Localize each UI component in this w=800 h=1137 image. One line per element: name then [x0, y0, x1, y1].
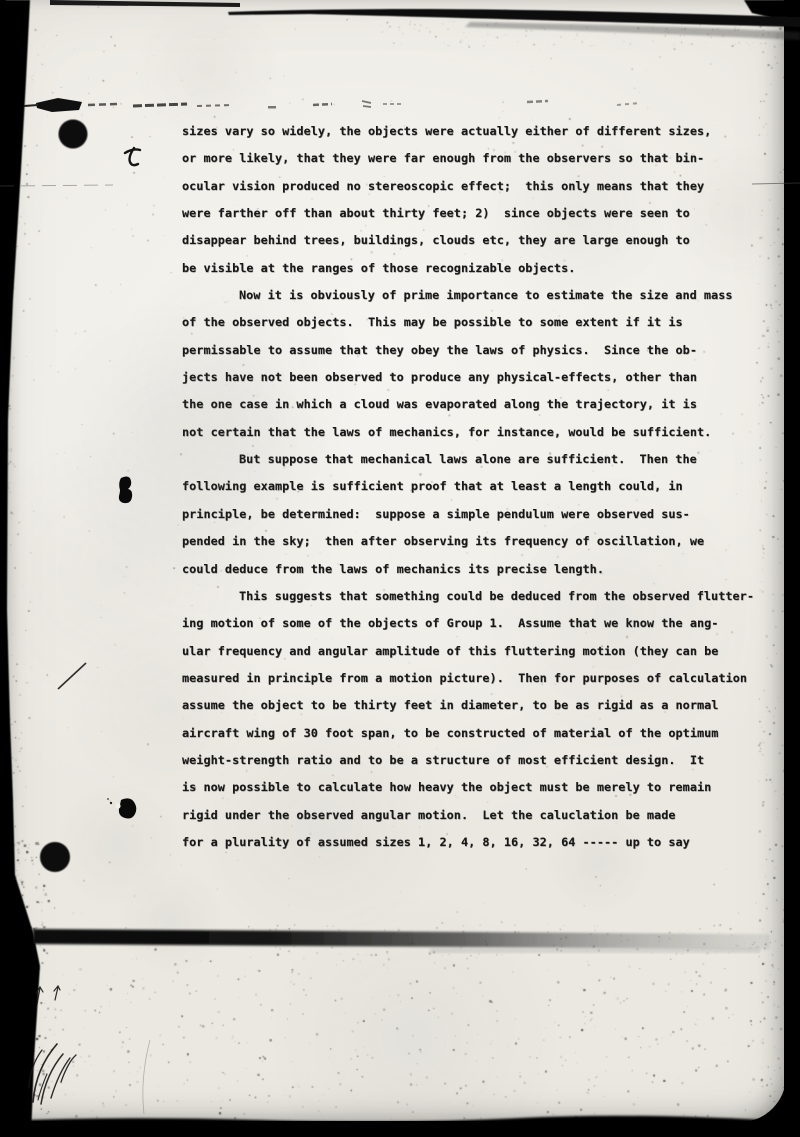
text-line: rigid under the observed angular motion.…	[182, 802, 767, 829]
text-line: ing motion of some of the objects of Gro…	[182, 610, 767, 637]
text-line: disappear behind trees, buildings, cloud…	[182, 227, 767, 254]
scanned-document: sizes vary so widely, the objects were a…	[0, 0, 800, 1137]
text-line: But suppose that mechanical laws alone a…	[182, 446, 767, 473]
text-line: measured in principle from a motion pict…	[182, 665, 767, 692]
right-scan-edge	[784, 0, 800, 1137]
text-line: for a plurality of assumed sizes 1, 2, 4…	[182, 829, 767, 856]
text-line: could deduce from the laws of mechanics …	[182, 556, 767, 583]
text-line: assume the object to be thirty feet in d…	[182, 692, 767, 719]
text-line: be visible at the ranges of those recogn…	[182, 255, 767, 282]
text-line: is now possible to calculate how heavy t…	[182, 774, 767, 801]
text-line: ular frequency and angular amplitude of …	[182, 638, 767, 665]
text-line: following example is sufficient proof th…	[182, 473, 767, 500]
text-line: were farther off than about thirty feet;…	[182, 200, 767, 227]
text-line: Now it is obviously of prime importance …	[182, 282, 767, 309]
bottom-scan-edge	[0, 1121, 800, 1137]
text-line: sizes vary so widely, the objects were a…	[182, 118, 767, 145]
text-line: the one case in which a cloud was evapor…	[182, 391, 767, 418]
text-line: This suggests that something could be de…	[182, 583, 767, 610]
text-line: ocular vision produced no stereoscopic e…	[182, 173, 767, 200]
text-line: not certain that the laws of mechanics, …	[182, 419, 767, 446]
document-page: sizes vary so widely, the objects were a…	[5, 0, 786, 1122]
text-line: of the observed objects. This may be pos…	[182, 309, 767, 336]
text-line: or more likely, that they were far enoug…	[182, 145, 767, 172]
text-line: jects have not been observed to produce …	[182, 364, 767, 391]
text-line: principle, be determined: suppose a simp…	[182, 501, 767, 528]
text-line: permissable to assume that they obey the…	[182, 337, 767, 364]
text-line: aircraft wing of 30 foot span, to be con…	[182, 720, 767, 747]
text-line: weight-strength ratio and to be a struct…	[182, 747, 767, 774]
typewritten-text-block: sizes vary so widely, the objects were a…	[182, 118, 767, 856]
text-line: pended in the sky; then after observing …	[182, 528, 767, 555]
